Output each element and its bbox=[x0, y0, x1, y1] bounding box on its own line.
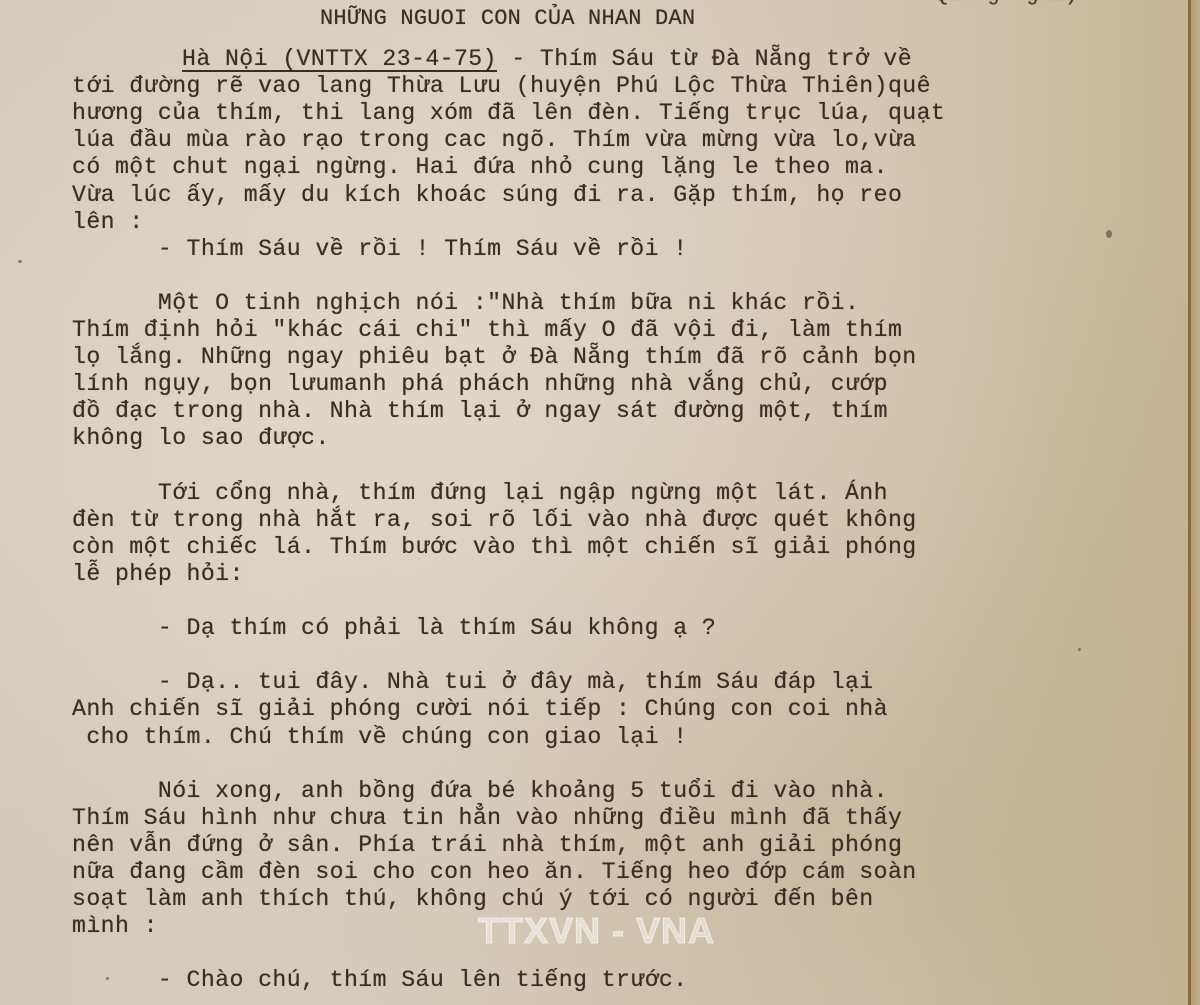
text-line: Tới cổng nhà, thím đứng lại ngập ngừng m… bbox=[72, 480, 888, 506]
adjacent-page bbox=[1191, 0, 1200, 1005]
dialogue-line: - Dạ.. tui đây. Nhà tui ở đây mà, thím S… bbox=[72, 669, 874, 695]
text-line: hương của thím, thi lang xóm đã lên đèn.… bbox=[72, 100, 945, 126]
dialogue-line: - Dạ thím có phải là thím Sáu không ạ ? bbox=[72, 615, 716, 641]
text-line: Thím Sáu hình như chưa tin hẳn vào những… bbox=[72, 805, 902, 831]
ink-speck bbox=[1106, 230, 1112, 238]
dateline-continuation: - Thím Sáu từ Đà Nẵng trở về bbox=[497, 46, 912, 72]
text-line: Một O tinh nghịch nói :"Nhà thím bữa ni … bbox=[72, 290, 859, 316]
text-line: cho thím. Chú thím về chúng con giao lại… bbox=[72, 724, 688, 750]
text-line: Nói xong, anh bồng đứa bé khoảng 5 tuổi … bbox=[72, 778, 888, 804]
text-line: Anh chiến sĩ giải phóng cười nói tiếp : … bbox=[72, 696, 888, 722]
text-line: soạt làm anh thích thú, không chú ý tới … bbox=[72, 886, 874, 912]
text-line: đồ đạc trong nhà. Nhà thím lại ở ngay sá… bbox=[72, 398, 888, 424]
dateline: Hà Nội (VNTTX 23-4-75) bbox=[182, 46, 497, 72]
text-line: không lo sao được. bbox=[72, 425, 330, 451]
text-line: còn một chiếc lá. Thím bước vào thì một … bbox=[72, 534, 917, 560]
dialogue-line: - Chào chú, thím Sáu lên tiếng trước. bbox=[72, 967, 688, 993]
text-line: lọ lắng. Những ngay phiêu bạt ở Đà Nẵng … bbox=[72, 344, 917, 370]
dialogue-line: - Thím Sáu về rồi ! Thím Sáu về rồi ! bbox=[72, 236, 688, 262]
watermark: TTXVN - VNA bbox=[478, 910, 715, 952]
dateline-row: Hà Nội (VNTTX 23-4-75) - Thím Sáu từ Đà … bbox=[182, 46, 912, 72]
header-fragment: Quảng Ngãi) bbox=[935, 0, 1078, 7]
text-line: lễ phép hỏi: bbox=[72, 561, 244, 587]
text-line: có một chut ngại ngừng. Hai đứa nhỏ cung… bbox=[72, 154, 888, 180]
text-line: Vừa lúc ấy, mấy du kích khoác súng đi ra… bbox=[72, 182, 902, 208]
text-line: nữa đang cầm đèn soi cho con heo ăn. Tiế… bbox=[72, 859, 917, 885]
text-line: lên : bbox=[72, 209, 144, 235]
text-line: nên vẫn đứng ở sân. Phía trái nhà thím, … bbox=[72, 832, 902, 858]
text-line: tới đường rẽ vao lang Thừa Lưu (huyện Ph… bbox=[72, 73, 931, 99]
ink-speck bbox=[1078, 648, 1081, 651]
text-line: đèn từ trong nhà hắt ra, soi rõ lối vào … bbox=[72, 507, 917, 533]
ink-speck bbox=[18, 260, 22, 263]
text-line: Thím định hỏi "khác cái chi" thì mấy O đ… bbox=[72, 317, 902, 343]
text-line: lúa đầu mùa rào rạo trong cac ngõ. Thím … bbox=[72, 127, 917, 153]
ink-speck bbox=[106, 977, 109, 980]
text-line: lính ngụy, bọn lưumanh phá phách những n… bbox=[72, 371, 888, 397]
document-title: NHỮNG NGUOI CON CỦA NHAN DAN bbox=[320, 6, 695, 31]
text-line: mình : bbox=[72, 913, 158, 939]
